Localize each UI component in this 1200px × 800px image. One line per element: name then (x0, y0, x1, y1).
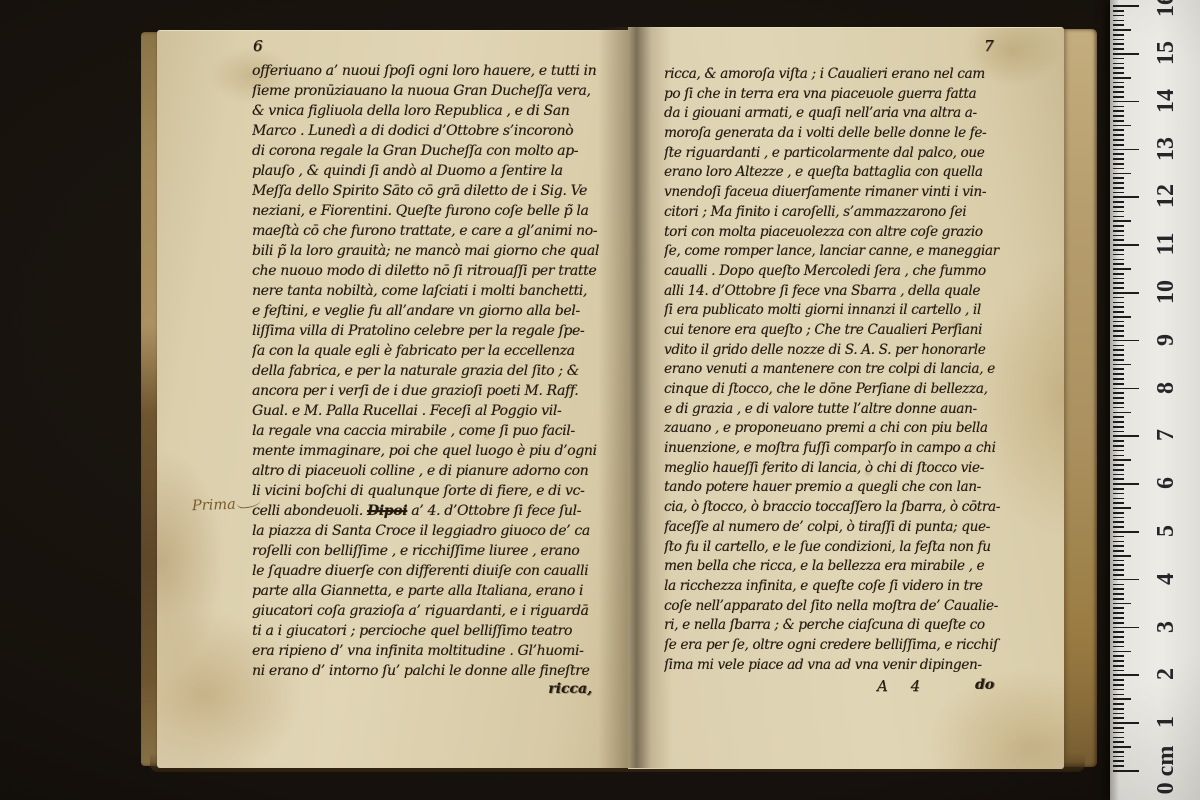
text-line: zauano , e proponeuano premi a chi con p… (664, 419, 1005, 439)
ruler-tick (1113, 349, 1124, 351)
ruler-tick (1113, 96, 1124, 98)
ruler-tick (1113, 584, 1124, 586)
ruler-tick (1113, 545, 1124, 547)
ruler-tick (1113, 53, 1139, 55)
ruler-tick (1113, 196, 1139, 198)
text-line: nere tanta nobiltà, come laſciati i molt… (252, 281, 604, 301)
ruler-tick (1113, 521, 1124, 523)
text-line: liſſima villa di Pratolino celebre per l… (252, 321, 604, 341)
ruler-tick (1113, 612, 1124, 614)
ruler-tick (1113, 651, 1131, 653)
text-line: ſe, come romper lance, lanciar canne, e … (664, 242, 1005, 262)
ruler-tick (1113, 139, 1124, 141)
ruler-tick (1113, 306, 1124, 308)
ruler-tick (1113, 120, 1124, 122)
ruler-tick (1113, 770, 1139, 772)
text-line: Meſſa dello Spirito Sāto cō grā diletto … (252, 181, 604, 201)
text-line: caualli . Dopo queſto Mercoledi ſera , c… (664, 262, 1005, 282)
ruler-tick (1113, 144, 1124, 146)
text-line: ricca, & amoroſa viſta ; i Caualieri era… (664, 65, 1005, 85)
ruler-tick (1113, 660, 1124, 662)
ruler-tick (1113, 421, 1124, 423)
ruler-tick (1113, 153, 1124, 155)
ruler-tick (1113, 259, 1124, 261)
left-page-text: offeriuano a’ nuoui ſpoſi ogni loro haue… (252, 61, 604, 681)
ruler-tick (1113, 225, 1124, 227)
ruler-tick (1113, 412, 1131, 414)
ruler-tick (1113, 345, 1124, 347)
ruler-tick (1113, 292, 1139, 294)
ruler-tick (1113, 493, 1124, 495)
text-line: celli abondeuoli. Dipoi a’ 4. d’Ottobre … (252, 501, 604, 521)
text-line: ſima mi vele piace ad vna ad vna venir d… (664, 656, 1005, 676)
ruler-tick (1113, 129, 1124, 131)
text-line: tori con molta piaceuolezza con altre co… (664, 223, 1005, 243)
text-line: ſa con la quale egli è fabricato per la … (252, 341, 604, 361)
ruler-tick (1113, 192, 1124, 194)
ruler-tick (1113, 512, 1124, 514)
ruler-tick (1113, 67, 1124, 69)
ruler-tick (1113, 593, 1124, 595)
ruler-tick (1113, 607, 1124, 609)
ruler-tick (1113, 58, 1124, 60)
text-line: maeſtà cō che furono trattate, e care a … (252, 221, 604, 241)
text-line: e di grazia , e di valore tutte l’altre … (664, 400, 1005, 420)
text-line: bili p̃ la loro grauità; ne mancò mai gi… (252, 241, 604, 261)
ruler-tick (1113, 48, 1124, 50)
ruler-tick (1113, 713, 1124, 715)
text-line: ti a i giucatori ; percioche quel belliſ… (252, 621, 604, 641)
book-fore-edge (1063, 29, 1097, 767)
ruler-tick (1113, 488, 1124, 490)
ruler-tick (1113, 722, 1139, 724)
ruler-tick (1113, 24, 1124, 26)
right-page: 7 ricca, & amoroſa viſta ; i Caualieri e… (628, 27, 1064, 769)
ruler-tick (1113, 378, 1124, 380)
flourish-stroke (237, 498, 261, 509)
ruler-tick (1113, 617, 1124, 619)
signature-mark: A 4 (877, 677, 920, 695)
ruler-tick (1113, 177, 1124, 179)
ruler-tick (1113, 636, 1124, 638)
text-line: faceſſe al numero de’ colpi, ò tiraſſi d… (664, 518, 1005, 538)
ruler-tick (1113, 211, 1124, 213)
ruler-tick (1113, 526, 1124, 528)
ruler-tick (1113, 216, 1124, 218)
ruler-tick (1113, 43, 1124, 45)
ruler-tick (1113, 646, 1124, 648)
ruler-tick (1113, 455, 1124, 457)
left-page: 6 offeriuano a’ nuoui ſpoſi ogni loro ha… (157, 30, 628, 768)
ruler-tick (1113, 383, 1124, 385)
ruler-tick (1113, 297, 1124, 299)
text-line: ſto fu il cartello, e le ſue condizioni,… (664, 538, 1005, 558)
ruler-tick (1113, 220, 1131, 222)
ruler-tick (1113, 115, 1124, 117)
ruler-tick (1113, 340, 1139, 342)
text-line: alli 14. d’Ottobre ſi fece vna Sbarra , … (664, 282, 1005, 302)
left-catchword: ricca, (252, 681, 602, 697)
ruler-tick (1113, 684, 1124, 686)
ruler-tick (1113, 550, 1124, 552)
ruler-tick (1113, 201, 1124, 203)
ruler-tick (1113, 474, 1124, 476)
ruler-tick (1113, 110, 1124, 112)
text-line: moroſa generata da i volti delle belle d… (664, 124, 1005, 144)
ruler-tick (1113, 244, 1139, 246)
ruler-tick (1113, 158, 1124, 160)
text-line: erano venuti a mantenere con tre colpi d… (664, 360, 1005, 380)
ruler-tick (1113, 622, 1124, 624)
ruler-tick (1113, 574, 1124, 576)
text-line: meglio haueſſi ferito di lancia, ò chi d… (664, 459, 1005, 479)
left-page-number: 6 (253, 37, 263, 55)
ruler-tick (1113, 15, 1124, 17)
text-line: Gual. e M. Palla Rucellai . Feceſi al Po… (252, 401, 604, 421)
ruler-tick (1113, 263, 1124, 265)
ruler-tick (1113, 416, 1124, 418)
ruler-tick (1113, 282, 1124, 284)
ruler-tick (1113, 708, 1124, 710)
ruler-tick (1113, 359, 1124, 361)
right-page-text: ricca, & amoroſa viſta ; i Caualieri era… (664, 65, 1005, 675)
ruler-tick (1113, 125, 1131, 127)
ruler-tick (1113, 163, 1124, 165)
text-line: mente immaginare, poi che quel luogo è p… (252, 441, 604, 461)
ruler-tick (1113, 760, 1124, 762)
text-line: ſe era per ſe, oltre ogni credere belliſ… (664, 636, 1005, 656)
text-line: ſieme pronūziauano la nuoua Gran Ducheſſ… (252, 81, 604, 101)
text-line: coſe nell’apparato del ſito nella moſtra… (664, 597, 1005, 617)
ruler-tick (1113, 598, 1124, 600)
ruler-tick (1113, 756, 1124, 758)
ruler-tick (1113, 655, 1124, 657)
ruler-tick (1113, 72, 1124, 74)
ruler-tick (1113, 445, 1124, 447)
text-line: cinque di ſtocco, che le dōne Perſiane d… (664, 380, 1005, 400)
margin-note-text: Prima (192, 497, 236, 515)
ruler-tick (1113, 86, 1124, 88)
ruler-tick (1113, 368, 1124, 370)
text-line: giucatori coſa grazioſa a’ riguardanti, … (252, 601, 604, 621)
ruler-tick (1113, 325, 1124, 327)
ruler-tick (1113, 569, 1124, 571)
ruler-tick (1113, 670, 1124, 672)
text-line: citori ; Ma finito i caroſelli, s’ammazz… (664, 203, 1005, 223)
ruler-tick (1113, 5, 1139, 7)
ruler-tick (1113, 311, 1124, 313)
ruler-tick (1113, 536, 1124, 538)
ruler-tick (1113, 507, 1131, 509)
ruler-tick (1113, 741, 1124, 743)
ruler-tick (1113, 426, 1124, 428)
ruler-tick (1113, 364, 1131, 366)
text-line: altro di piaceuoli colline , e di pianur… (252, 461, 604, 481)
text-line: men bella che ricca, e la bellezza era m… (664, 557, 1005, 577)
text-segment: a’ 4. d’Ottobre ſi fece ſul- (407, 503, 581, 519)
ruler-tick (1113, 268, 1131, 270)
ruler-tick (1113, 469, 1124, 471)
text-line: ni erano d’ intorno ſu’ palchi le donne … (252, 661, 604, 681)
text-line: ſi era publicato molti giorni innanzi il… (664, 301, 1005, 321)
right-catchword: do (975, 677, 994, 693)
ruler-tick (1113, 435, 1139, 437)
text-line: Marco . Lunedì a di dodici d’Ottobre s’i… (252, 121, 604, 141)
ruler-tick (1113, 450, 1124, 452)
ruler-tick (1113, 440, 1124, 442)
text-segment: celli abondeuoli. (252, 503, 367, 519)
text-line: & vnica figliuola della loro Republica ,… (252, 101, 604, 121)
ruler-tick (1113, 354, 1124, 356)
struck-word: Dipoi (367, 503, 407, 519)
ruler-tick (1113, 737, 1124, 739)
text-line: vnendoſi faceua diuerſamente rimaner vin… (664, 183, 1005, 203)
ruler-tick (1113, 402, 1124, 404)
ruler-tick (1113, 187, 1124, 189)
ruler-tick (1113, 459, 1131, 461)
ruler-tick (1113, 235, 1124, 237)
ruler-tick (1113, 751, 1124, 753)
ruler-tick (1113, 483, 1139, 485)
ruler-tick (1113, 230, 1124, 232)
ruler-tick (1113, 91, 1124, 93)
ruler-tick (1113, 765, 1124, 767)
ruler-tick (1113, 316, 1131, 318)
ruler-tick (1113, 679, 1124, 681)
ruler-tick (1113, 641, 1124, 643)
ruler-tick (1113, 39, 1124, 41)
ruler-tick (1113, 732, 1124, 734)
ruler-tick (1113, 541, 1124, 543)
photo-stage: 6 offeriuano a’ nuoui ſpoſi ogni loro ha… (0, 0, 1200, 800)
ruler-tick (1113, 698, 1131, 700)
ruler-tick (1113, 101, 1139, 103)
text-line: vdito il grido delle nozze di S. A. S. p… (664, 341, 1005, 361)
ruler-tick (1113, 603, 1131, 605)
ruler-tick (1113, 168, 1124, 170)
signature-row: A 4 do (628, 677, 1064, 697)
text-line: la ricchezza infinita, e queſte coſe ſi … (664, 577, 1005, 597)
text-line: parte alla Giannetta, e parte alla Itali… (252, 581, 604, 601)
text-line: e feſtini, e veglie fu all’andare vn gio… (252, 301, 604, 321)
text-line: inuenzione, e moſtra fuſſi comparſo in c… (664, 439, 1005, 459)
ruler-tick (1113, 149, 1139, 151)
text-line: offeriuano a’ nuoui ſpoſi ogni loro haue… (252, 61, 604, 81)
ruler-tick (1113, 627, 1139, 629)
text-line: della fabrica, e per la naturale grazia … (252, 361, 604, 381)
ruler-tick (1113, 517, 1124, 519)
ruler-tick (1113, 665, 1124, 667)
ruler-tick (1113, 330, 1124, 332)
ruler-tick (1113, 703, 1124, 705)
ruler-tick (1113, 531, 1139, 533)
text-line: di corona regale la Gran Ducheſſa con mo… (252, 141, 604, 161)
ruler-tick (1113, 273, 1124, 275)
ruler-tick (1113, 588, 1124, 590)
ruler-tick (1113, 407, 1124, 409)
text-line: era ripieno d’ vna infinita moltitudine … (252, 641, 604, 661)
ruler-tick (1113, 727, 1124, 729)
ruler-tick (1113, 182, 1124, 184)
ruler-tick (1113, 674, 1139, 676)
ruler-tick (1113, 464, 1124, 466)
ruler-tick (1113, 106, 1124, 108)
ruler-tick (1113, 397, 1124, 399)
ruler-tick (1113, 287, 1124, 289)
ruler-tick (1113, 564, 1124, 566)
ruler-tick (1113, 392, 1124, 394)
ruler-tick (1113, 63, 1124, 65)
right-page-number: 7 (984, 37, 994, 55)
text-line: ri, e nella ſbarra ; & perche ciaſcuna d… (664, 616, 1005, 636)
text-line: la regale vna caccia mirabile , come ſi … (252, 421, 604, 441)
text-line: neziani, e Fiorentini. Queſte furono coſ… (252, 201, 604, 221)
ruler-tick (1113, 335, 1124, 337)
text-line: cui tenore era queſto ; Che tre Caualier… (664, 321, 1005, 341)
ruler-tick (1113, 77, 1131, 79)
ruler-tick (1113, 631, 1124, 633)
ruler-tick (1113, 173, 1131, 175)
ruler-tick (1113, 206, 1124, 208)
ruler-tick (1113, 717, 1124, 719)
ruler-tick (1113, 689, 1124, 691)
ruler-label: 16 (1151, 0, 1181, 35)
text-line: erano loro Altezze , e queſta battaglia … (664, 163, 1005, 183)
handwritten-margin-note: Prima (192, 496, 261, 514)
text-line: roſelli con belliſſime , e ricchiſſime l… (252, 541, 604, 561)
ruler-tick (1113, 34, 1124, 36)
ruler-tick (1113, 373, 1124, 375)
ruler-tick (1113, 502, 1124, 504)
ruler-tick (1113, 579, 1139, 581)
ruler-tick (1113, 302, 1124, 304)
ruler-tick (1113, 254, 1124, 256)
ruler-tick (1113, 10, 1124, 12)
text-line: tando potere hauer premio a quegli che c… (664, 478, 1005, 498)
ruler-tick (1113, 321, 1124, 323)
text-line: po ſi che in terra era vna piaceuole gue… (664, 85, 1005, 105)
ruler-tick (1113, 388, 1139, 390)
ruler-tick (1113, 746, 1131, 748)
ruler-tick (1113, 82, 1124, 84)
ruler-tick (1113, 498, 1124, 500)
ruler-tick (1113, 694, 1124, 696)
text-line: che nuouo modo di diletto nō ſi ritrouaſ… (252, 261, 604, 281)
text-line: le ſquadre diuerſe con differenti diuiſe… (252, 561, 604, 581)
ruler: 0 cm12345678910111213141516 (1110, 0, 1200, 800)
ruler-tick (1113, 431, 1124, 433)
text-line: ſte riguardanti , e particolarmente dal … (664, 144, 1005, 164)
ruler-tick (1113, 239, 1124, 241)
ruler-tick (1113, 249, 1124, 251)
text-line: cia, ò ſtocco, ò braccio toccaſſero la ſ… (664, 498, 1005, 518)
ruler-tick (1113, 20, 1124, 22)
ruler-tick (1113, 478, 1124, 480)
ruler-tick (1113, 29, 1131, 31)
text-line: da i giouani armati, e quaſi nell’aria v… (664, 104, 1005, 124)
text-line: ancora per i verſi de i due grazioſi poe… (252, 381, 604, 401)
ruler-tick (1113, 555, 1131, 557)
ruler-tick (1113, 278, 1124, 280)
ruler-tick (1113, 560, 1124, 562)
text-line: plauſo , & quindi ſi andò al Duomo a ſen… (252, 161, 604, 181)
ruler-tick (1113, 134, 1124, 136)
text-line: la piazza di Santa Croce il leggiadro gi… (252, 521, 604, 541)
text-line: li vicini boſchi di qualunque ſorte di f… (252, 481, 604, 501)
